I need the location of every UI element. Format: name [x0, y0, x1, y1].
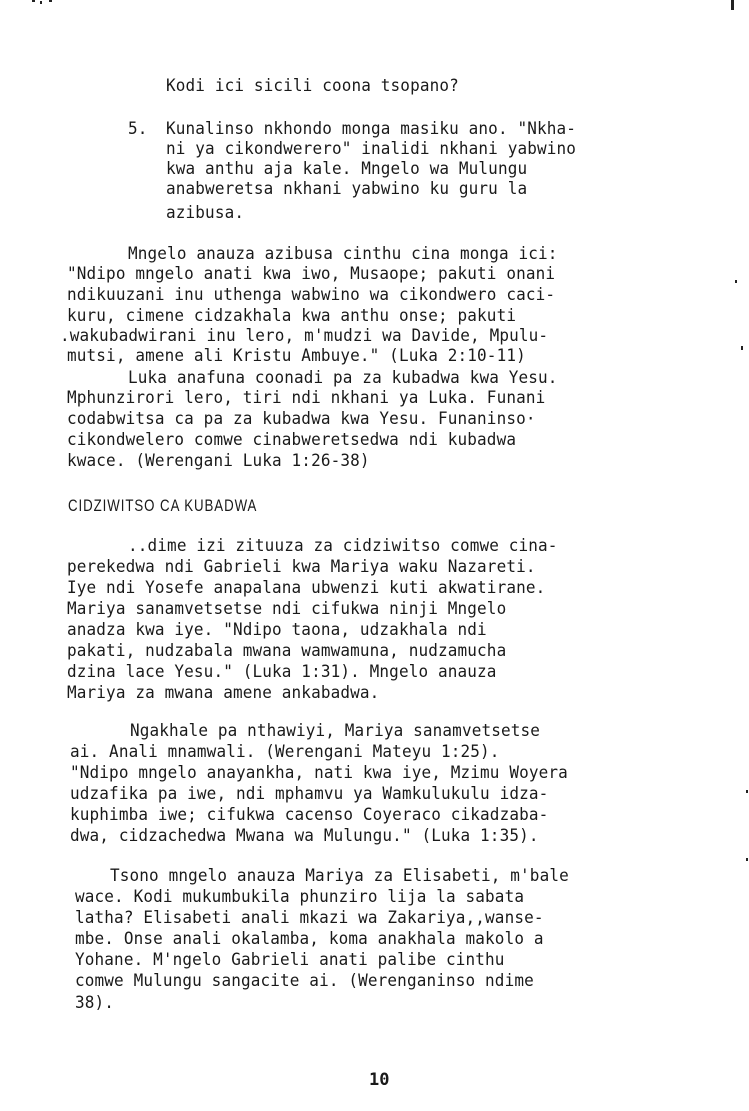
- scan-mark: [731, 0, 734, 10]
- paragraph3-line: ..dime izi zituuza za cidziwitso comwe c…: [128, 536, 558, 557]
- item5-line: kwa anthu aja kale. Mngelo wa Mulungu: [166, 159, 527, 180]
- paragraph5-line: Yohane. M'ngelo Gabrieli anati palibe ci…: [75, 950, 505, 971]
- scanned-page: Kodi ici sicili coona tsopano? 5. Kunali…: [0, 0, 749, 1111]
- paragraph2-line: codabwitsa ca pa za kubadwa kwa Yesu. Fu…: [67, 409, 536, 430]
- item5-line: anabweretsa nkhani yabwino ku guru la: [166, 179, 527, 200]
- paragraph1-line: mutsi, amene ali Kristu Ambuye." (Luka 2…: [67, 346, 526, 367]
- paragraph1-line: kuru, cimene cidzakhala kwa anthu onse; …: [67, 306, 516, 327]
- paragraph5-line: comwe Mulungu sangacite ai. (Werenganins…: [75, 971, 534, 992]
- scan-mark: [49, 0, 52, 2]
- paragraph1-line: .wakubadwirani inu lero, m'mudzi wa Davi…: [60, 326, 548, 347]
- intro-question: Kodi ici sicili coona tsopano?: [166, 76, 459, 97]
- paragraph4-line: "Ndipo mngelo anayankha, nati kwa iye, M…: [70, 763, 568, 784]
- paragraph3-line: Iye ndi Yosefe anapalana ubwenzi kuti ak…: [67, 578, 545, 599]
- item5-line: ni ya cikondwerero" inalidi nkhani yabwi…: [166, 139, 576, 160]
- paragraph2-line: Mphunzirori lero, tiri ndi nkhani ya Luk…: [67, 388, 545, 409]
- paragraph3-line: pakati, nudzabala mwana wamwamuna, nudza…: [67, 641, 506, 662]
- paragraph3-line: Mariya sanamvetsetse ndi cifukwa ninji M…: [67, 599, 506, 620]
- scan-mark: [746, 858, 748, 861]
- scan-mark: [741, 346, 743, 350]
- paragraph5-line: 38).: [75, 993, 114, 1014]
- paragraph5-line: wace. Kodi mukumbukila phunziro lija la …: [75, 887, 524, 908]
- paragraph5-line: mbe. Onse anali okalamba, koma anakhala …: [75, 929, 544, 950]
- paragraph4-line: ai. Anali mnamwali. (Werengani Mateyu 1:…: [70, 742, 500, 763]
- paragraph1-line: ndikuuzani inu uthenga wabwino wa cikond…: [67, 285, 555, 306]
- scan-mark: [40, 1, 42, 4]
- paragraph1-line: Mngelo anauza azibusa cinthu cina monga …: [128, 244, 558, 265]
- paragraph5-line: Tsono mngelo anauza Mariya za Elisabeti,…: [110, 866, 569, 887]
- item5-line: azibusa.: [166, 203, 244, 224]
- paragraph3-line: dzina lace Yesu." (Luka 1:31). Mngelo an…: [67, 662, 497, 683]
- section-heading: CIDZIWITSO CA KUBADWA: [68, 496, 257, 516]
- paragraph4-line: udzafika pa iwe, ndi mphamvu ya Wamkuluk…: [70, 784, 548, 805]
- paragraph3-line: anadza kwa iye. "Ndipo taona, udzakhala …: [67, 620, 487, 641]
- paragraph4-line: dwa, cidzachedwa Mwana wa Mulungu." (Luk…: [70, 826, 539, 847]
- paragraph4-line: kuphimba iwe; cifukwa cacenso Coyeraco c…: [70, 805, 548, 826]
- paragraph2-line: kwace. (Werengani Luka 1:26-38): [67, 451, 370, 472]
- paragraph5-line: latha? Elisabeti anali mkazi wa Zakariya…: [75, 908, 544, 929]
- scan-mark: [735, 280, 737, 283]
- list-number: 5.: [128, 119, 148, 140]
- paragraph2-line: cikondwelero comwe cinabweretsedwa ndi k…: [67, 430, 516, 451]
- item5-line: Kunalinso nkhondo monga masiku ano. "Nkh…: [166, 119, 576, 140]
- page-number: 10: [369, 1070, 389, 1090]
- paragraph1-line: "Ndipo mngelo anati kwa iwo, Musaope; pa…: [67, 264, 555, 285]
- paragraph2-line: Luka anafuna coonadi pa za kubadwa kwa Y…: [128, 368, 558, 389]
- scan-mark: [746, 790, 748, 793]
- paragraph4-line: Ngakhale pa nthawiyi, Mariya sanamvetset…: [130, 721, 540, 742]
- paragraph3-line: perekedwa ndi Gabrieli kwa Mariya waku N…: [67, 557, 536, 578]
- paragraph3-line: Mariya za mwana amene ankabadwa.: [67, 683, 379, 704]
- scan-mark: [32, 0, 35, 2]
